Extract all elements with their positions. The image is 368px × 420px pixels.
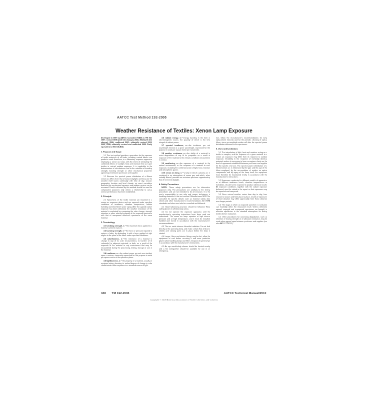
paragraph: 5.3 Since natural weather varies from da… — [216, 194, 267, 203]
term-lead: 3.10 xenon arc lamp, n.— — [161, 172, 183, 174]
term-lead: NOTE: — [161, 187, 168, 189]
page-title: Weather Resistance of Textiles: Xenon La… — [101, 128, 267, 136]
section-heading: 1. Purpose and Scope — [101, 151, 152, 153]
paragraph: 4.5 An eye wash/safety shower should be … — [159, 246, 210, 253]
paragraph: 3.8 weather resistance, n.—the ability o… — [159, 152, 210, 161]
body-columns: Developed in 1997 by AATCC Committee RA5… — [101, 137, 267, 293]
paragraph: 4.2 Do not operate the exposure apparatu… — [159, 211, 210, 224]
section-heading: 4. Safety Precautions — [159, 183, 210, 185]
paragraph: 5.4 The stage at which an exposed specim… — [216, 204, 267, 215]
paragraph: 1.1 This test method provides a procedur… — [101, 154, 152, 174]
footer-method-ref: TM 192-2006 — [112, 292, 129, 295]
paragraph: 3.3 colorfastness, n.—the resistance of … — [101, 238, 152, 251]
paragraph: 5.5 Other procedures for assessing degra… — [216, 216, 267, 225]
term-lead: 3.4 irradiance, n.— — [104, 252, 120, 254]
paragraph: 3.2 bursting strength, n.—the force or p… — [101, 230, 152, 237]
paragraph: 1.2 Because the spectral power distribut… — [101, 176, 152, 194]
paragraph: 3.1 breaking strength, n.—the maximum fo… — [101, 225, 152, 229]
paragraph: Developed in 1997 by AATCC Committee RA5… — [101, 137, 152, 148]
term-lead: 3.7 spectral irradiance, n.— — [161, 145, 188, 147]
text-column: Developed in 1997 by AATCC Committee RA5… — [101, 137, 152, 293]
term-lead: 3.9 weathering, n.— — [161, 162, 179, 164]
paragraph: tion, follow the manufacturer's recommen… — [216, 137, 267, 146]
paragraph: 4.4 Lamps, filters and interior fittings… — [159, 236, 210, 245]
section-heading: 3. Terminology — [101, 221, 152, 223]
copyright-text: Copyright © 2009 American Association of… — [101, 299, 267, 301]
copyright-line: Copyright © 2009 American Association of… — [101, 299, 267, 303]
term-lead: 3.2 bursting strength, n.— — [104, 230, 127, 232]
term-lead: 3.1 breaking strength, n.— — [104, 225, 127, 227]
footer-page-number: 348 — [101, 292, 106, 295]
term-lead: 3.8 weather resistance, n.— — [161, 152, 187, 154]
term-lead: 3.5 lightfastness, n.— — [104, 260, 123, 262]
text-column: 3.6 radiant energy, n.—energy traveling … — [159, 137, 210, 293]
term-lead: 3.3 colorfastness, n.— — [104, 238, 125, 240]
paragraph: 3.5 lightfastness, n.—the property of a … — [101, 260, 152, 267]
page-title-text: Weather Resistance of Textiles: Xenon La… — [101, 128, 267, 134]
paragraph: 3.9 weathering, n.—the exposure of a mat… — [159, 162, 210, 171]
paragraph: 2.1 Specimens of the textile material ar… — [101, 199, 152, 219]
paragraph: 5.1 The interrelation of light, heat and… — [216, 152, 267, 179]
footer-left: 348TM 192-2006 — [101, 292, 129, 295]
paragraph: 4.3 The arc emits intense ultraviolet ra… — [159, 226, 210, 235]
text-column: tion, follow the manufacturer's recommen… — [216, 137, 267, 293]
section-heading: 2. Principle — [101, 196, 152, 198]
paragraph: NOTE: These safety precautions are for i… — [159, 187, 210, 205]
footer-manual-ref: AATCC Technical Manual/2010 — [223, 292, 266, 295]
section-heading: 5. Uses and Limitations — [216, 148, 267, 150]
paragraph: 3.4 irradiance, n.—the radiant power per… — [101, 252, 152, 259]
paragraph: 3.7 spectral irradiance, n.—the irradian… — [159, 145, 210, 152]
paragraph: 3.10 xenon arc lamp, n.—a lamp in which … — [159, 172, 210, 181]
term-lead: 3.6 radiant energy, n.— — [161, 137, 183, 139]
method-number-header: AATCC Test Method 192-2006 — [117, 116, 167, 119]
paragraph: 4.1 Good laboratory practices should be … — [159, 206, 210, 210]
paragraph: 5.2 Exposures conducted in different mod… — [216, 179, 267, 192]
paragraph: 3.6 radiant energy, n.—energy traveling … — [159, 137, 210, 144]
